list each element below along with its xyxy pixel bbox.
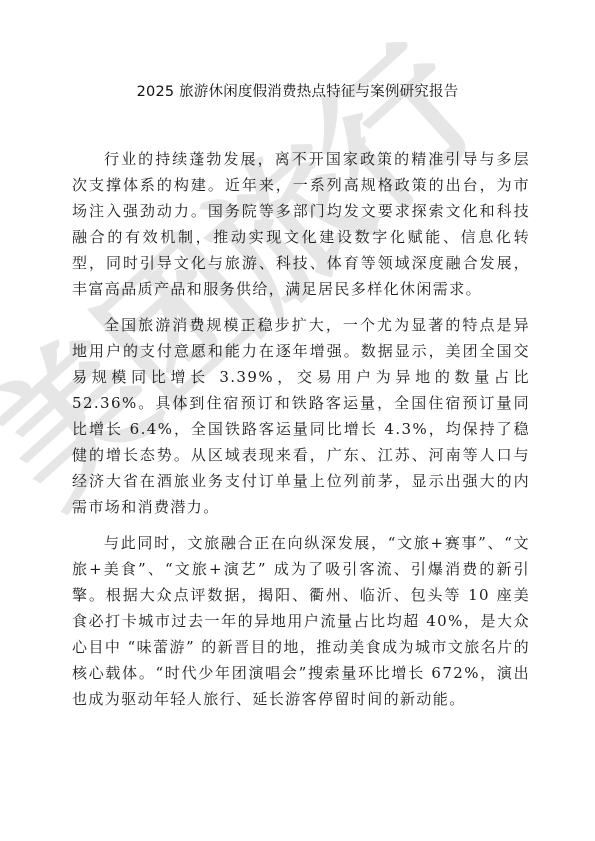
document-title: 2025 旅游休闲度假消费热点特征与案例研究报告 <box>0 80 595 101</box>
document-page: 美团旅行 2025 旅游休闲度假消费热点特征与案例研究报告 行业的持续蓬勃发展，… <box>0 0 595 841</box>
paragraph-consumption-scale: 全国旅游消费规模正稳步扩大，一个尤为显著的特点是异地用户的支付意愿和能力在逐年增… <box>72 312 530 520</box>
document-body: 行业的持续蓬勃发展，离不开国家政策的精准引导与多层次支撑体系的构建。近年来，一系… <box>72 146 530 722</box>
paragraph-policy: 行业的持续蓬勃发展，离不开国家政策的精准引导与多层次支撑体系的构建。近年来，一系… <box>72 146 530 302</box>
paragraph-culture-tourism-fusion: 与此同时，文旅融合正在向纵深发展，“文旅+赛事”、“文旅+美食”、“文旅+演艺”… <box>72 530 530 712</box>
